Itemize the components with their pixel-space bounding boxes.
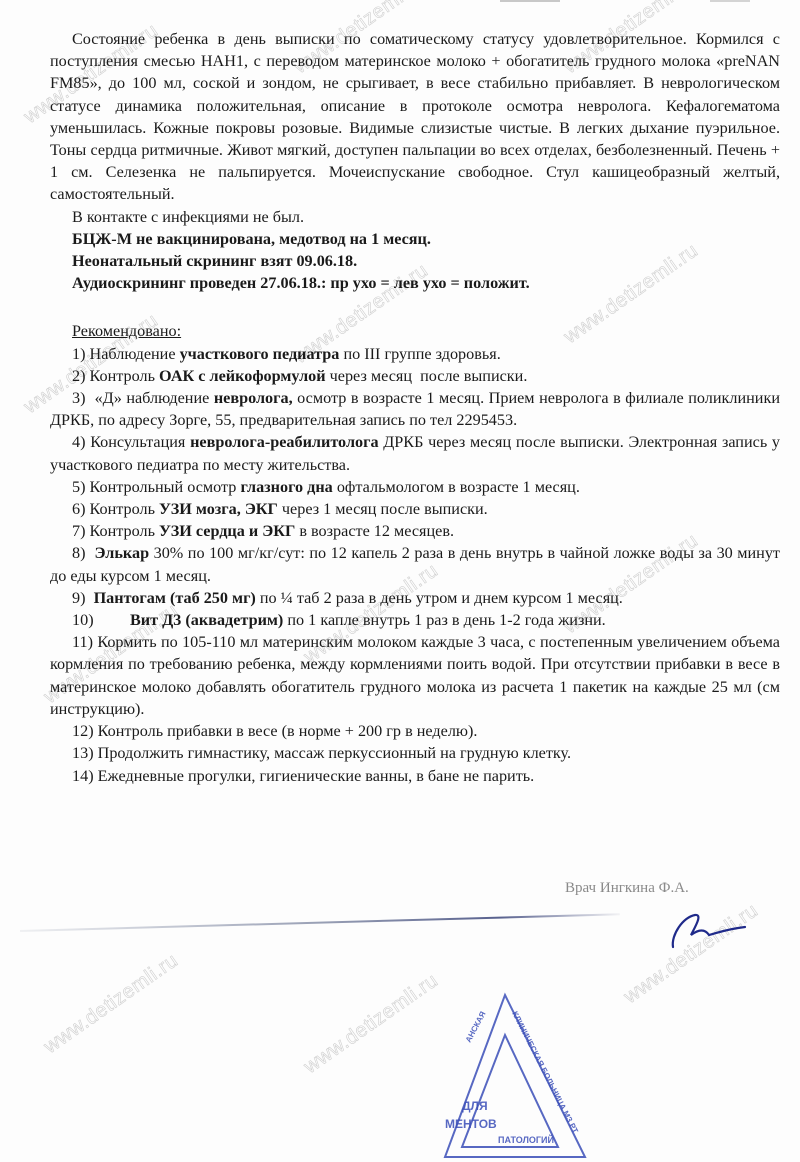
recommendation-text: Контроль bbox=[90, 367, 160, 385]
recommendation-text bbox=[98, 611, 130, 629]
recommendation-text: по 1 капле внутрь 1 раз в день 1-2 года … bbox=[283, 611, 605, 629]
recommendation-text: «Д» наблюдение bbox=[90, 389, 214, 407]
document-body: Состояние ребенка в день выписки по сома… bbox=[50, 28, 780, 787]
recommendation-item: 11) Кормить по 105-110 мл материнским мо… bbox=[50, 631, 780, 720]
recommendation-text: Наблюдение bbox=[90, 345, 180, 363]
recommendation-item: 14) Ежедневные прогулки, гигиенические в… bbox=[50, 765, 780, 787]
recommendation-number: 4) bbox=[72, 433, 90, 451]
recommendation-number: 6) bbox=[72, 500, 90, 518]
recommendation-text: по ¼ таб 2 раза в день утром и днем курс… bbox=[256, 589, 623, 607]
recommendation-number: 8) bbox=[72, 544, 90, 562]
recommendation-item: 1) Наблюдение участкового педиатра по II… bbox=[50, 343, 780, 365]
recommendation-item: 3) «Д» наблюдение невролога, осмотр в во… bbox=[50, 387, 780, 431]
recommendation-emphasis: невролога-реабилитолога bbox=[190, 433, 379, 451]
recommendation-number: 3) bbox=[72, 389, 90, 407]
recommendation-item: 13) Продолжить гимнастику, массаж перкус… bbox=[50, 742, 780, 764]
recommendation-text: Консультация bbox=[90, 433, 190, 451]
recommendation-item: 7) Контроль УЗИ сердца и ЭКГ в возрасте … bbox=[50, 520, 780, 542]
audio-screening-line: Аудиоскрининг проведен 27.06.18.: пр ухо… bbox=[50, 272, 780, 294]
stamp-arc-right: КЛИНИЧЕСКАЯ БОЛЬНИЦА МЗ РТ bbox=[510, 1010, 580, 1135]
recommendation-emphasis: УЗИ сердца и ЭКГ bbox=[159, 522, 295, 540]
recommendation-text: через 1 месяц после выписки. bbox=[278, 500, 488, 518]
recommendation-text: через месяц после выписки. bbox=[326, 367, 528, 385]
recommendation-emphasis: невролога, bbox=[214, 389, 293, 407]
recommendation-item: 8) Элькар 30% по 100 мг/кг/сут: по 12 ка… bbox=[50, 542, 780, 586]
recommendation-emphasis: глазного дна bbox=[240, 478, 332, 496]
signature-line bbox=[20, 913, 620, 932]
handwritten-signature bbox=[665, 905, 755, 955]
neonatal-screening-line: Неонатальный скрининг взят 09.06.18. bbox=[50, 250, 780, 272]
stamp-line-2: МЕНТОВ bbox=[445, 1117, 497, 1131]
recommendation-text: Продолжить гимнастику, массаж перкуссион… bbox=[98, 744, 571, 762]
scan-artifact bbox=[500, 0, 560, 2]
recommendation-item: 12) Контроль прибавки в весе (в норме + … bbox=[50, 720, 780, 742]
recommendation-number: 12) bbox=[72, 722, 98, 740]
recommendation-text: Контроль bbox=[90, 522, 160, 540]
recommendation-text: Контрольный осмотр bbox=[90, 478, 241, 496]
recommendation-emphasis: Элькар bbox=[95, 544, 150, 562]
recommendation-emphasis: Пантогам (таб 250 мг) bbox=[94, 589, 256, 607]
watermark: www.detizemli.ru bbox=[40, 949, 183, 1058]
recommendation-item: 4) Консультация невролога-реабилитолога … bbox=[50, 431, 780, 475]
stamp-line-3: ПАТОЛОГИЙ bbox=[498, 1134, 554, 1145]
recommendation-number: 11) bbox=[72, 633, 97, 651]
bcg-line: БЦЖ-М не вакцинирована, медотвод на 1 ме… bbox=[50, 228, 780, 250]
recommendation-emphasis: Вит Д3 (аквадетрим) bbox=[130, 611, 283, 629]
scan-artifact bbox=[710, 0, 750, 2]
recommendation-text: Контроль прибавки в весе (в норме + 200 … bbox=[98, 722, 478, 740]
recommendation-text: в возрасте 12 месяцев. bbox=[295, 522, 454, 540]
status-paragraph: Состояние ребенка в день выписки по сома… bbox=[50, 28, 780, 206]
recommendations-list: 1) Наблюдение участкового педиатра по II… bbox=[50, 343, 780, 787]
recommendation-number: 14) bbox=[72, 767, 98, 785]
recommendation-emphasis: ОАК с лейкоформулой bbox=[159, 367, 326, 385]
recommendation-text: офтальмологом в возрасте 1 месяц. bbox=[333, 478, 580, 496]
stamp-line-1: ДЛЯ bbox=[462, 1099, 488, 1113]
recommendation-text: 30% по 100 мг/кг/сут: по 12 капель 2 раз… bbox=[50, 544, 784, 584]
recommendation-item: 6) Контроль УЗИ мозга, ЭКГ через 1 месяц… bbox=[50, 498, 780, 520]
recommendation-number: 2) bbox=[72, 367, 90, 385]
recommendation-number: 7) bbox=[72, 522, 90, 540]
recommendation-text: Ежедневные прогулки, гигиенические ванны… bbox=[98, 767, 535, 785]
recommendation-text: Кормить по 105-110 мл материнским молоко… bbox=[50, 633, 784, 718]
recommendation-item: 5) Контрольный осмотр глазного дна офтал… bbox=[50, 476, 780, 498]
recommendation-item: 10) Вит Д3 (аквадетрим) по 1 капле внутр… bbox=[50, 609, 780, 631]
stamp-arc-left: АНСКАЯ bbox=[464, 1010, 488, 1044]
recommendation-number: 9) bbox=[72, 589, 90, 607]
doctor-name: Врач Ингкина Ф.А. bbox=[565, 880, 689, 897]
recommendation-number: 1) bbox=[72, 345, 90, 363]
scanned-document-page: www.detizemli.ruwww.detizemli.ruwww.deti… bbox=[0, 0, 800, 1162]
watermark: www.detizemli.ru bbox=[300, 969, 443, 1078]
recommendation-number: 10) bbox=[72, 611, 98, 629]
recommendation-emphasis: участкового педиатра bbox=[180, 345, 340, 363]
recommendation-text: Контроль bbox=[90, 500, 160, 518]
recommendation-number: 13) bbox=[72, 744, 98, 762]
clinic-stamp: ДЛЯ МЕНТОВ ПАТОЛОГИЙ АНСКАЯ КЛИНИЧЕСКАЯ … bbox=[440, 985, 590, 1160]
recommendation-item: 9) Пантогам (таб 250 мг) по ¼ таб 2 раза… bbox=[50, 587, 780, 609]
contact-line: В контакте с инфекциями не был. bbox=[50, 206, 780, 228]
recommendation-text: по III группе здоровья. bbox=[339, 345, 500, 363]
recommendations-heading: Рекомендовано: bbox=[50, 320, 780, 342]
recommendation-emphasis: УЗИ мозга, ЭКГ bbox=[159, 500, 278, 518]
recommendation-item: 2) Контроль ОАК с лейкоформулой через ме… bbox=[50, 365, 780, 387]
recommendation-number: 5) bbox=[72, 478, 90, 496]
